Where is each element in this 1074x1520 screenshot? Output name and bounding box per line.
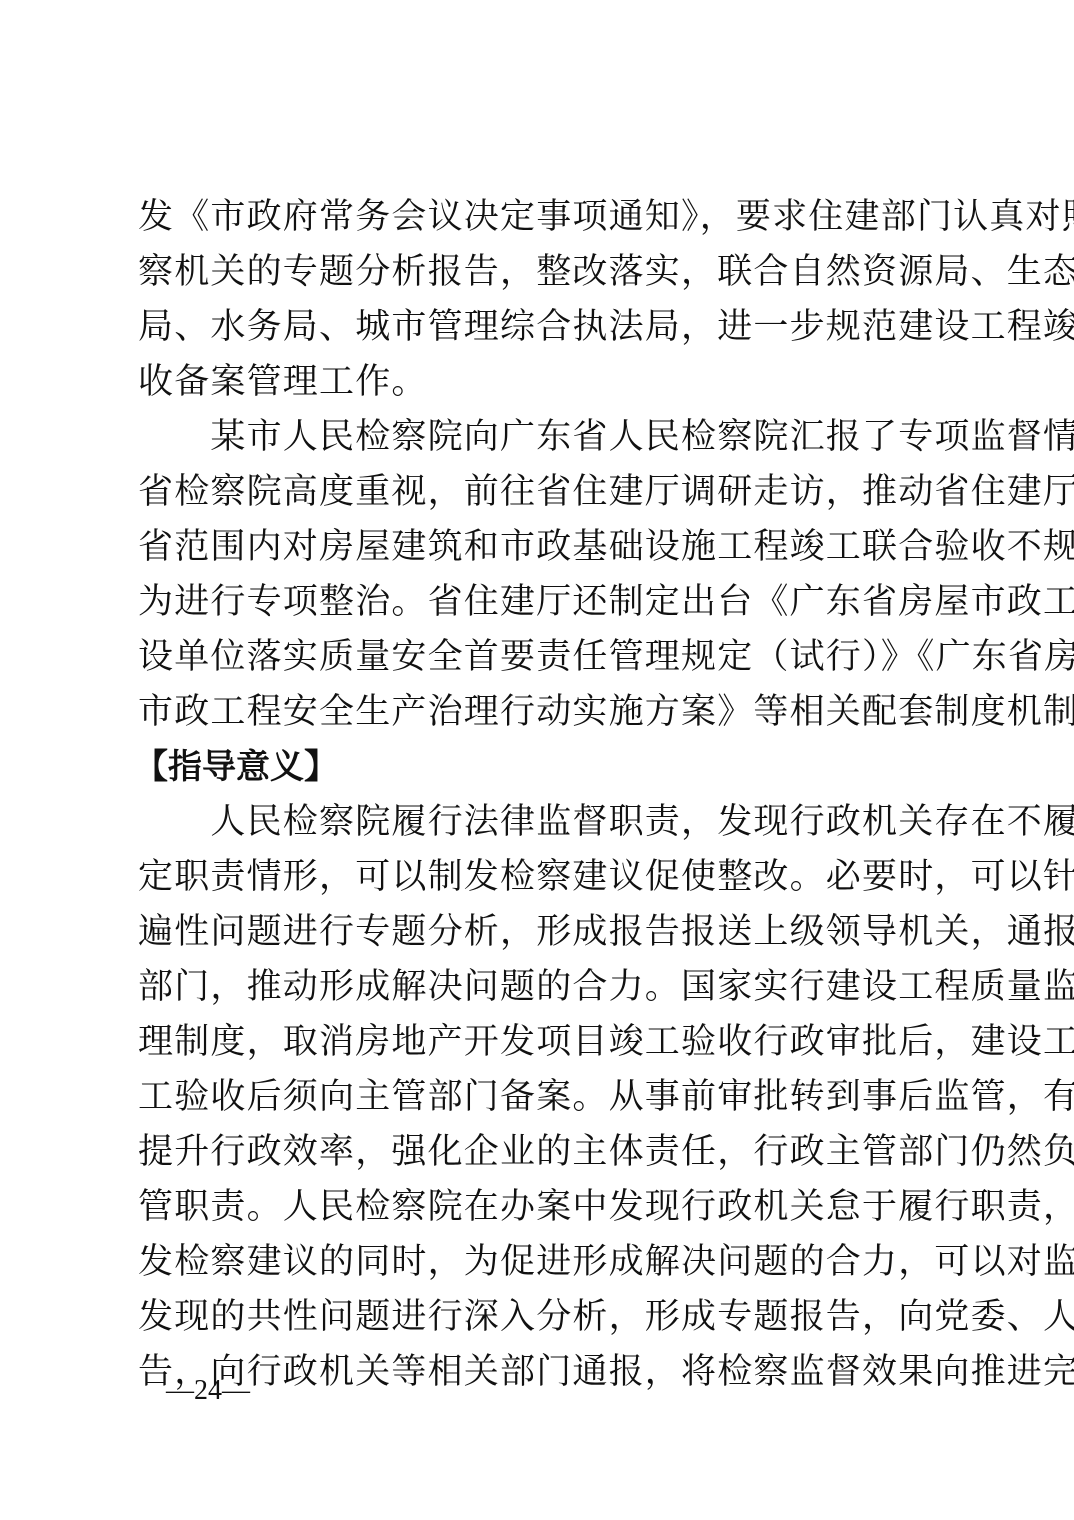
- text-line: 管职责。人民检察院在办案中发现行政机关怠于履行职责，在制: [138, 1180, 944, 1235]
- text-line: 人民检察院履行法律监督职责，发现行政机关存在不履行法: [138, 795, 944, 850]
- text-line: 发检察建议的同时，为促进形成解决问题的合力，可以对监督中: [138, 1235, 944, 1290]
- text-line: 告，向行政机关等相关部门通报，将检察监督效果向推进完善社: [138, 1345, 944, 1400]
- document-body: 发《市政府常务会议决定事项通知》，要求住建部门认真对照检 察机关的专题分析报告，…: [138, 190, 944, 1400]
- section-heading: 【指导意义】: [134, 740, 944, 795]
- text-line: 为进行专项整治。省住建厅还制定出台《广东省房屋市政工程建: [138, 575, 944, 630]
- text-line: 工验收后须向主管部门备案。从事前审批转到事后监管，有助于: [138, 1070, 944, 1125]
- text-line: 收备案管理工作。: [138, 355, 944, 410]
- paragraph-3: 人民检察院履行法律监督职责，发现行政机关存在不履行法 定职责情形，可以制发检察建…: [138, 795, 944, 1400]
- text-line: 定职责情形，可以制发检察建议促使整改。必要时，可以针对普: [138, 850, 944, 905]
- paragraph-1: 发《市政府常务会议决定事项通知》，要求住建部门认真对照检 察机关的专题分析报告，…: [138, 190, 944, 410]
- text-line: 市政工程安全生产治理行动实施方案》等相关配套制度机制。: [138, 685, 944, 740]
- text-line: 部门，推动形成解决问题的合力。国家实行建设工程质量监督管: [138, 960, 944, 1015]
- paragraph-2: 某市人民检察院向广东省人民检察院汇报了专项监督情况， 省检察院高度重视，前往省住…: [138, 410, 944, 740]
- text-line: 发《市政府常务会议决定事项通知》，要求住建部门认真对照检: [138, 190, 944, 245]
- text-line: 发现的共性问题进行深入分析，形成专题报告，向党委、人大报: [138, 1290, 944, 1345]
- page-number: —24—: [166, 1375, 250, 1407]
- text-line: 省检察院高度重视，前往省住建厅调研走访，推动省住建厅在全: [138, 465, 944, 520]
- text-line: 提升行政效率，强化企业的主体责任，行政主管部门仍然负有监: [138, 1125, 944, 1180]
- text-line: 局、水务局、城市管理综合执法局，进一步规范建设工程竣工验: [138, 300, 944, 355]
- text-line: 省范围内对房屋建筑和市政基础设施工程竣工联合验收不规范行: [138, 520, 944, 575]
- text-line: 察机关的专题分析报告，整改落实，联合自然资源局、生态环境: [138, 245, 944, 300]
- text-line: 设单位落实质量安全首要责任管理规定（试行）》《广东省房屋: [138, 630, 944, 685]
- text-line: 某市人民检察院向广东省人民检察院汇报了专项监督情况，: [138, 410, 944, 465]
- text-line: 理制度，取消房地产开发项目竣工验收行政审批后，建设工程竣: [138, 1015, 944, 1070]
- text-line: 遍性问题进行专题分析，形成报告报送上级领导机关，通报相关: [138, 905, 944, 960]
